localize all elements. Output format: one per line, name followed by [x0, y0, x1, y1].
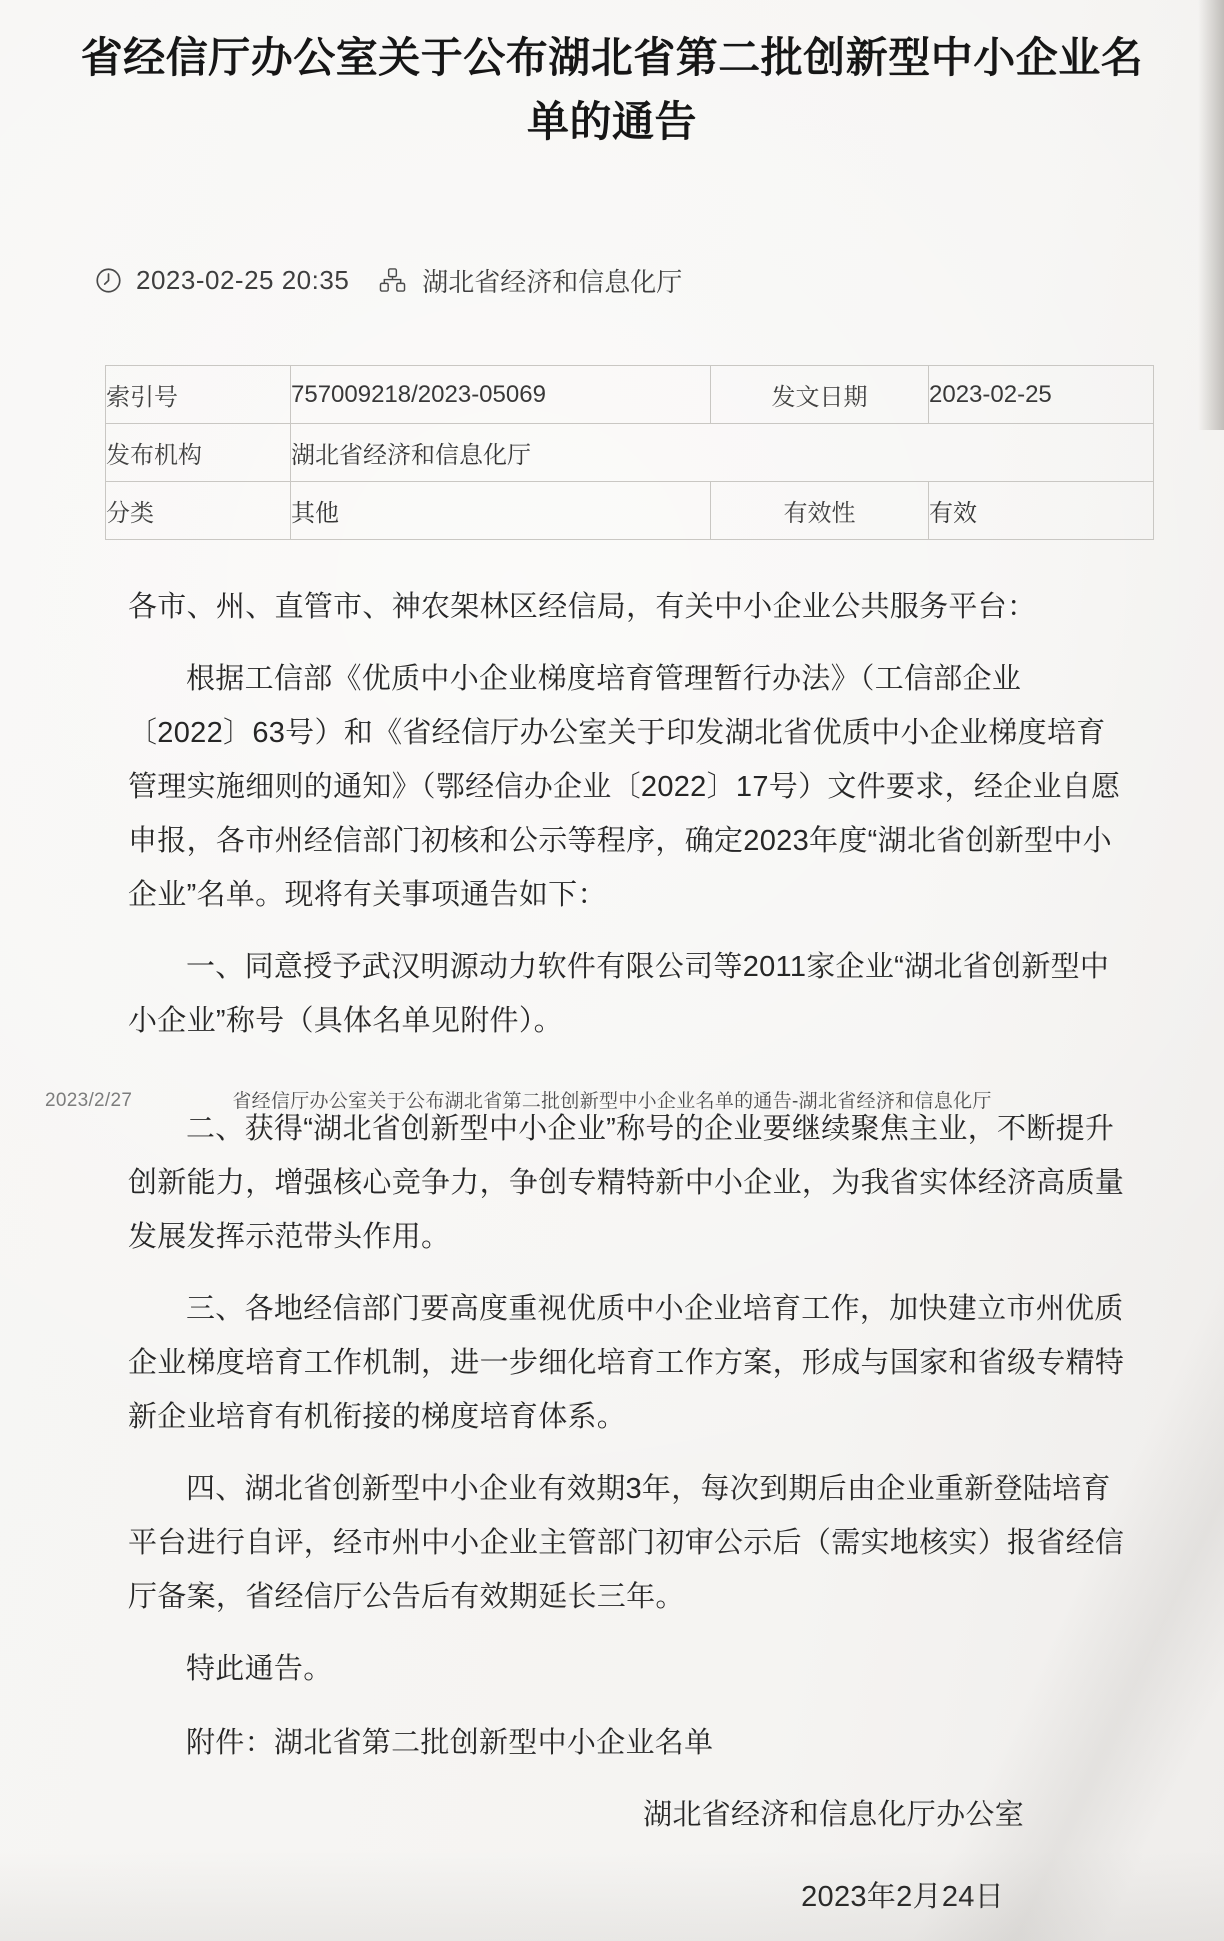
document-body: 各市、州、直管市、神农架林区经信局，有关中小企业公共服务平台： 根据工信部《优质… [0, 580, 1224, 1924]
issue-date-label: 发文日期 [711, 366, 929, 424]
print-header-title: 省经信厅办公室关于公布湖北省第二批创新型中小企业名单的通告-湖北省经济和信息化厅 [0, 1066, 1224, 1129]
info-table: 索引号 757009218/2023-05069 发文日期 2023-02-25… [105, 365, 1154, 540]
issue-date: 2023年2月24日 [128, 1870, 1128, 1924]
closing-phrase: 特此通告。 [128, 1642, 1128, 1696]
category-value: 其他 [291, 482, 711, 540]
publisher-value: 湖北省经济和信息化厅 [291, 424, 1154, 482]
salutation: 各市、州、直管市、神农架林区经信局，有关中小企业公共服务平台： [128, 580, 1128, 634]
publisher-name: 湖北省经济和信息化厅 [422, 262, 682, 299]
table-row: 发布机构 湖北省经济和信息化厅 [106, 424, 1154, 482]
index-number-value: 757009218/2023-05069 [291, 366, 711, 424]
item-4-paragraph: 四、湖北省创新型中小企业有效期3年，每次到期后由企业重新登陆培育平台进行自评，经… [128, 1462, 1128, 1624]
organization-icon [379, 268, 406, 293]
table-row: 索引号 757009218/2023-05069 发文日期 2023-02-25 [106, 366, 1154, 424]
table-row: 分类 其他 有效性 有效 [106, 482, 1154, 540]
item-1-paragraph: 一、同意授予武汉明源动力软件有限公司等2011家企业“湖北省创新型中小企业”称号… [128, 940, 1128, 1048]
intro-paragraph: 根据工信部《优质中小企业梯度培育管理暂行办法》（工信部企业〔2022〕63号）和… [128, 652, 1128, 922]
index-number-label: 索引号 [106, 366, 291, 424]
issue-date-value: 2023-02-25 [929, 366, 1154, 424]
publish-datetime: 2023-02-25 20:35 [136, 265, 349, 296]
print-header-date: 2023/2/27 [45, 1074, 132, 1128]
validity-label: 有效性 [711, 482, 929, 540]
item-3-paragraph: 三、各地经信部门要高度重视优质中小企业培育工作，加快建立市州优质企业梯度培育工作… [128, 1282, 1128, 1444]
meta-row: 2023-02-25 20:35 湖北省经济和信息化厅 [95, 264, 1224, 296]
document-page: 省经信厅办公室关于公布湖北省第二批创新型中小企业名单的通告 2023-02-25… [0, 0, 1224, 1941]
clock-icon [95, 267, 122, 294]
attachment-line: 附件：湖北省第二批创新型中小企业名单 [128, 1716, 1128, 1770]
validity-value: 有效 [929, 482, 1154, 540]
page-title: 省经信厅办公室关于公布湖北省第二批创新型中小企业名单的通告 [0, 0, 1224, 154]
signature: 湖北省经济和信息化厅办公室 [128, 1788, 1128, 1842]
category-label: 分类 [106, 482, 291, 540]
print-page-header: 2023/2/27 省经信厅办公室关于公布湖北省第二批创新型中小企业名单的通告-… [0, 1066, 1224, 1102]
publisher-label: 发布机构 [106, 424, 291, 482]
